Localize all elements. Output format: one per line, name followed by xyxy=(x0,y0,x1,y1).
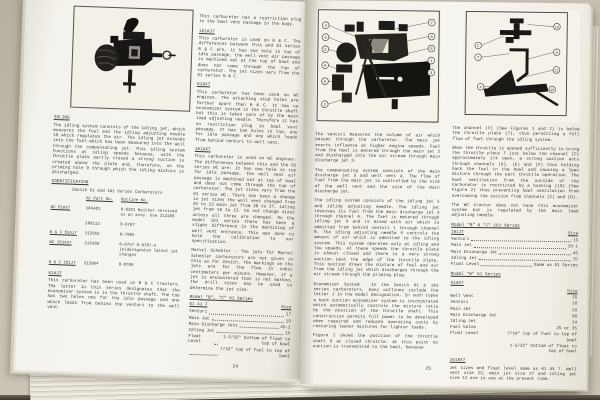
intro-paragraph: This carburetor has a restriction plug i… xyxy=(199,14,301,28)
spec-model-label: 161JT xyxy=(451,230,464,235)
spec-value: 25 or 35 xyxy=(556,326,577,331)
id-outline: O-6767 xyxy=(120,223,182,230)
page-number-right: 25 xyxy=(425,366,431,371)
id-model: WC 61AX7 xyxy=(50,206,82,217)
right-page: 4 6 5 9 A 2 7 xyxy=(300,0,589,387)
id-table-title: Zenith 61 and 161 Series Carburetors xyxy=(51,188,183,197)
spec-label: Well Vent xyxy=(450,294,473,299)
id-model: WC 161AX7 xyxy=(49,241,82,257)
right-page-column-2: C 7 10 9 11 4 10 xyxy=(449,10,581,387)
left-page: IDLING The idling system consists of the… xyxy=(15,0,314,380)
id-header-blank xyxy=(51,196,83,202)
spec-size-label: Size xyxy=(568,231,578,236)
spec-label: Venturi xyxy=(189,309,207,315)
spec-size-label: Size xyxy=(281,305,291,310)
carburetor-photo-illustration xyxy=(78,11,185,107)
spec-value: 1-5/32" bottom of float to top of bowl xyxy=(505,343,577,354)
61aj7-paragraph: This carburetor has been used on B & C t… xyxy=(47,278,180,314)
161ax7-note-paragraph: Jet sizes and float level same as 61 AX … xyxy=(449,366,576,383)
figure-1-drawing: 4 6 5 9 A 2 7 xyxy=(316,8,441,124)
idling-paragraph: The idling system consists of the idling… xyxy=(52,122,186,180)
id-table-row: B & C 61AJ7 212955 O-7605 xyxy=(50,231,182,241)
spec-label: Idling Jet xyxy=(188,328,214,334)
figure2-paragraph: Figure 2 shows the position of the throt… xyxy=(313,334,438,351)
carburetor-photo xyxy=(70,6,193,112)
161ax7-paragraph: This carburetor is used on WC engines. T… xyxy=(191,154,296,248)
id-model: B & C 161J7 xyxy=(49,261,81,267)
w61-model-label: 61AX7 xyxy=(451,281,578,288)
id-outline: O-9706 xyxy=(119,263,181,270)
id-part: 184481 xyxy=(85,207,117,218)
id-table-row: WC 161AX7 213168 O-6757 O-9707-A (A)desi… xyxy=(49,241,181,261)
dot-leader xyxy=(479,259,571,261)
id-header-outline: Outline No. xyxy=(121,198,183,205)
spec-row: Float Level7/16" top of fuel to top of b… xyxy=(450,331,577,343)
economizer-paragraph: Economizer System - In the Zenith 61 & 1… xyxy=(313,282,439,331)
channel-c-paragraph: the channel (C) (See Figures 1 and 2) is… xyxy=(452,126,579,143)
spec-label: Main Jet xyxy=(451,243,472,248)
id-header-part: AC Part No. xyxy=(86,197,118,203)
model-bc-161-heading: Model "B" & "C" 161 Series xyxy=(451,223,578,230)
spec-value: 25 xyxy=(572,296,577,301)
id-outline: O-6757 O-9707-A (A)designates latest jet… xyxy=(119,243,181,260)
spec-value: 15 xyxy=(285,331,290,336)
spec-value: 50 xyxy=(572,314,577,319)
id-part: 189112 xyxy=(85,222,117,228)
model-w-61-heading: Model "W" 61 Series xyxy=(451,272,578,279)
spec-value: 17 xyxy=(286,313,291,318)
spec-value: 18 xyxy=(572,302,577,307)
id-model xyxy=(50,221,82,227)
spec-value: 7/16" top of fuel to top of bowl xyxy=(220,347,290,360)
spec-label: Venturi xyxy=(450,300,468,305)
spec-label: Float Level xyxy=(188,334,212,345)
venturi-paragraph: The venturi measures the volume of air w… xyxy=(315,132,440,165)
dot-leader xyxy=(474,247,566,249)
id-part: 212964 xyxy=(84,262,116,268)
fig2-callout: 10 xyxy=(555,26,559,30)
spec-row: 1-5/32" bottom of float to top of bowl xyxy=(450,343,577,355)
spec-value: 15 xyxy=(573,239,578,244)
spec-label: Float Level xyxy=(450,331,479,342)
book-photo-scene: IDLING The idling system consists of the… xyxy=(0,0,600,400)
spec-row: 7/16" top of fuel to top of bowl xyxy=(188,345,290,359)
left-page-column-2: This carburetor has a restriction plug i… xyxy=(188,10,302,360)
right-page-column-1: 4 6 5 9 A 2 7 xyxy=(312,8,442,385)
spec-value: 14 xyxy=(572,320,577,325)
id-table-row: B & C 161J7 212964 O-9706 xyxy=(49,261,181,271)
dot-leader xyxy=(481,265,532,267)
dot-leader xyxy=(471,241,571,243)
marvel-schebler-paragraph: Marvel Schebler - The jets for Marvel Sc… xyxy=(190,248,293,294)
spec-value: 45-1 xyxy=(280,325,291,331)
id-table-row: WC 61AX7 184481 O-6161 Neither serviced … xyxy=(50,206,182,221)
fig2-callout: 10 xyxy=(550,89,554,93)
id-outline: O-7605 xyxy=(120,233,182,240)
left-page-column-1: IDLING The idling system consists of the… xyxy=(46,5,190,356)
61ax7-paragraph: This carburetor has been used on WC engi… xyxy=(195,90,299,146)
spec-value: 18-1 xyxy=(568,245,578,250)
spec-value: 7/16" top of fuel to top of bowl xyxy=(505,332,577,343)
spec-label: Main Discharge Jet xyxy=(451,249,497,255)
dot-leader xyxy=(214,343,218,344)
id-part: 212955 xyxy=(85,232,117,238)
spec-label: Idling Jet xyxy=(451,256,477,262)
spec-row: Float LevelSame as 61 Series xyxy=(451,262,578,269)
fig2-callout: 11 xyxy=(554,69,558,73)
spec-label: Fuel Valve xyxy=(450,325,476,331)
spec-label: Float Level xyxy=(451,262,479,268)
161aj7-paragraph: This carburetor is used on B & C. The di… xyxy=(197,36,300,82)
spec-label: Main Jet xyxy=(189,315,210,321)
spec-model-label: 61 AJ 7 xyxy=(189,302,207,308)
id-model: B & C 61AJ7 xyxy=(50,231,82,237)
dot-leader xyxy=(499,253,570,255)
spec-label: Idling Jet xyxy=(450,319,476,325)
spec-label: Main Discharge Jet xyxy=(450,313,496,319)
161ax7-note-heading: 161AX7 xyxy=(450,358,577,365)
figure-2-drawing: C 7 10 9 11 4 10 xyxy=(463,10,570,117)
identification-table: AC Part No. Outline No. WC 61AX7 184481 … xyxy=(49,196,183,271)
page-number-left: 24 xyxy=(232,364,238,369)
spec-value: Same as 61 Series xyxy=(534,263,578,269)
figure-2-diagram: C 7 10 9 11 4 10 xyxy=(463,10,581,122)
dot-leader xyxy=(190,354,218,356)
wc-tractor-paragraph: The WC tractor does not have this econom… xyxy=(451,203,578,220)
spec-value: 45 xyxy=(573,251,578,256)
throttle-open-paragraph: When the throttle is opened sufficiently… xyxy=(452,146,580,201)
dot-leader xyxy=(240,327,279,329)
idling-system-paragraph: The idling system consists of the idling… xyxy=(314,198,440,279)
id-table-header: AC Part No. Outline No. xyxy=(51,196,183,206)
spec-table-header: 161JT Size xyxy=(451,230,578,237)
spec-label: Main Jet xyxy=(450,306,471,311)
figure-1-diagram: 4 6 5 9 A 2 7 xyxy=(315,8,441,129)
id-table-row: 189112 O-6767 xyxy=(50,221,182,231)
spec-label: Venturi xyxy=(451,237,469,242)
compensating-paragraph: The compensating system consists of the … xyxy=(315,168,440,196)
id-outline: O-6161 Neither serviced as an assy. Use … xyxy=(120,208,182,220)
spec-value: 28 xyxy=(572,308,577,313)
spec-value: 19 xyxy=(286,319,291,324)
spec-value: 15 xyxy=(573,257,578,262)
id-part: 213168 xyxy=(84,242,117,258)
